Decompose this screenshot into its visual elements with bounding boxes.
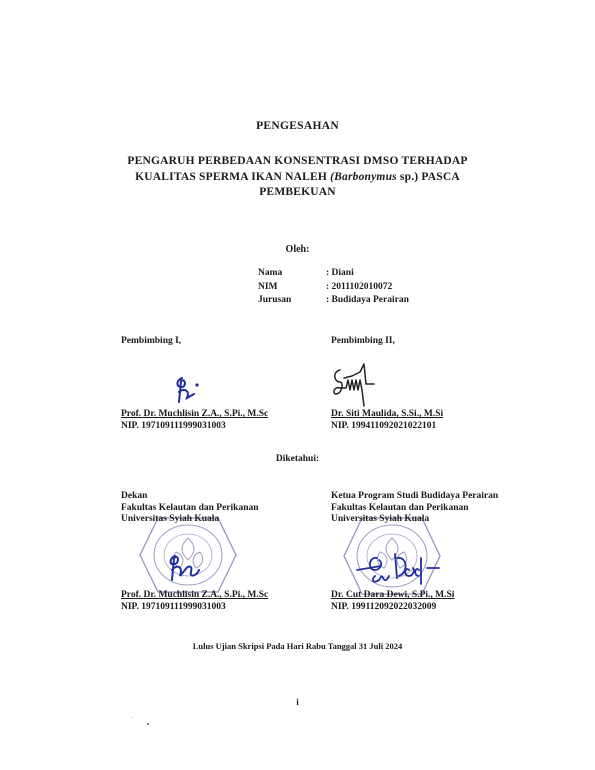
exam-pass-statement: Lulus Ujian Skripsi Pada Hari Rabu Tangg… — [0, 641, 595, 651]
signature-supervisor-1-icon — [168, 372, 214, 408]
signature-supervisor-2-icon — [330, 360, 382, 410]
approver-1-faculty: Fakultas Kelautan dan Perikanan — [121, 503, 259, 515]
page-number: i — [0, 697, 595, 707]
thesis-title-text: PASCA — [418, 171, 460, 183]
approver-2-position: Ketua Program Studi Budidaya Perairan — [331, 491, 498, 503]
field-label: Jurusan — [258, 294, 326, 308]
signature-head-of-program-icon — [355, 548, 445, 588]
approver-2-signatory: Dr. Cut Dara Dewi, S.Pi., M.Si NIP. 1991… — [331, 590, 454, 613]
field-label: Nama — [258, 267, 326, 281]
acknowledged-label: Diketahui: — [0, 454, 595, 464]
approver-2-university: Universitas Syiah Kuala — [331, 514, 498, 526]
species-name: (Barbonymus — [330, 171, 397, 183]
approver-1-nip: NIP. 197109111999031003 — [121, 602, 268, 614]
supervisor-2-role: Pembimbing II, — [331, 336, 395, 348]
supervisor-2-name: Dr. Siti Maulida, S.Si., M.Si — [331, 409, 443, 421]
approver-1-name: Prof. Dr. Muchlisin Z.A., S.Pi., M.Sc — [121, 590, 268, 602]
approver-1-signatory: Prof. Dr. Muchlisin Z.A., S.Pi., M.Sc NI… — [121, 590, 268, 613]
supervisor-1-name: Prof. Dr. Muchlisin Z.A., S.Pi., M.Sc — [121, 409, 268, 421]
field-label: NIM — [258, 281, 326, 295]
supervisor-1-role: Pembimbing I, — [121, 336, 181, 348]
supervisor-1-nip: NIP. 197109111999031003 — [121, 421, 268, 433]
scan-artifact — [131, 717, 132, 718]
approver-1-title: Dekan Fakultas Kelautan dan Perikanan Un… — [121, 491, 259, 526]
thesis-title-text: KUALITAS SPERMA IKAN NALEH — [135, 171, 330, 183]
field-value: : Budidaya Perairan — [326, 294, 409, 308]
page-heading: PENGESAHAN — [0, 120, 595, 132]
supervisor-2-signatory: Dr. Siti Maulida, S.Si., M.Si NIP. 19941… — [331, 409, 443, 432]
by-label: Oleh: — [0, 244, 595, 255]
thesis-title-line-1: PENGARUH PERBEDAAN KONSENTRASI DMSO TERH… — [0, 154, 595, 170]
supervisor-1-signatory: Prof. Dr. Muchlisin Z.A., S.Pi., M.Sc NI… — [121, 409, 268, 432]
species-abbrev: sp.) — [397, 171, 418, 183]
student-department-row: Jurusan : Budidaya Perairan — [258, 294, 409, 308]
approver-2-faculty: Fakultas Kelautan dan Perikanan — [331, 503, 498, 515]
approver-1-position: Dekan — [121, 491, 259, 503]
approver-1-university: Universitas Syiah Kuala — [121, 514, 259, 526]
approver-2-title: Ketua Program Studi Budidaya Perairan Fa… — [331, 491, 498, 526]
supervisor-2-nip: NIP. 199411092021022101 — [331, 421, 443, 433]
student-name-row: Nama : Diani — [258, 267, 409, 281]
field-value: : Diani — [326, 267, 354, 281]
signature-dean-icon — [163, 550, 211, 586]
thesis-title-line-2: KUALITAS SPERMA IKAN NALEH (Barbonymus s… — [0, 170, 595, 186]
thesis-title-line-3: PEMBEKUAN — [0, 185, 595, 201]
student-identity: Nama : Diani NIM : 2011102010072 Jurusan… — [258, 267, 409, 308]
approver-2-name: Dr. Cut Dara Dewi, S.Pi., M.Si — [331, 590, 454, 602]
approver-2-nip: NIP. 199112092022032009 — [331, 602, 454, 614]
student-nim-row: NIM : 2011102010072 — [258, 281, 409, 295]
thesis-title: PENGARUH PERBEDAAN KONSENTRASI DMSO TERH… — [0, 154, 595, 201]
field-value: : 2011102010072 — [326, 281, 392, 295]
scan-artifact — [147, 723, 149, 725]
